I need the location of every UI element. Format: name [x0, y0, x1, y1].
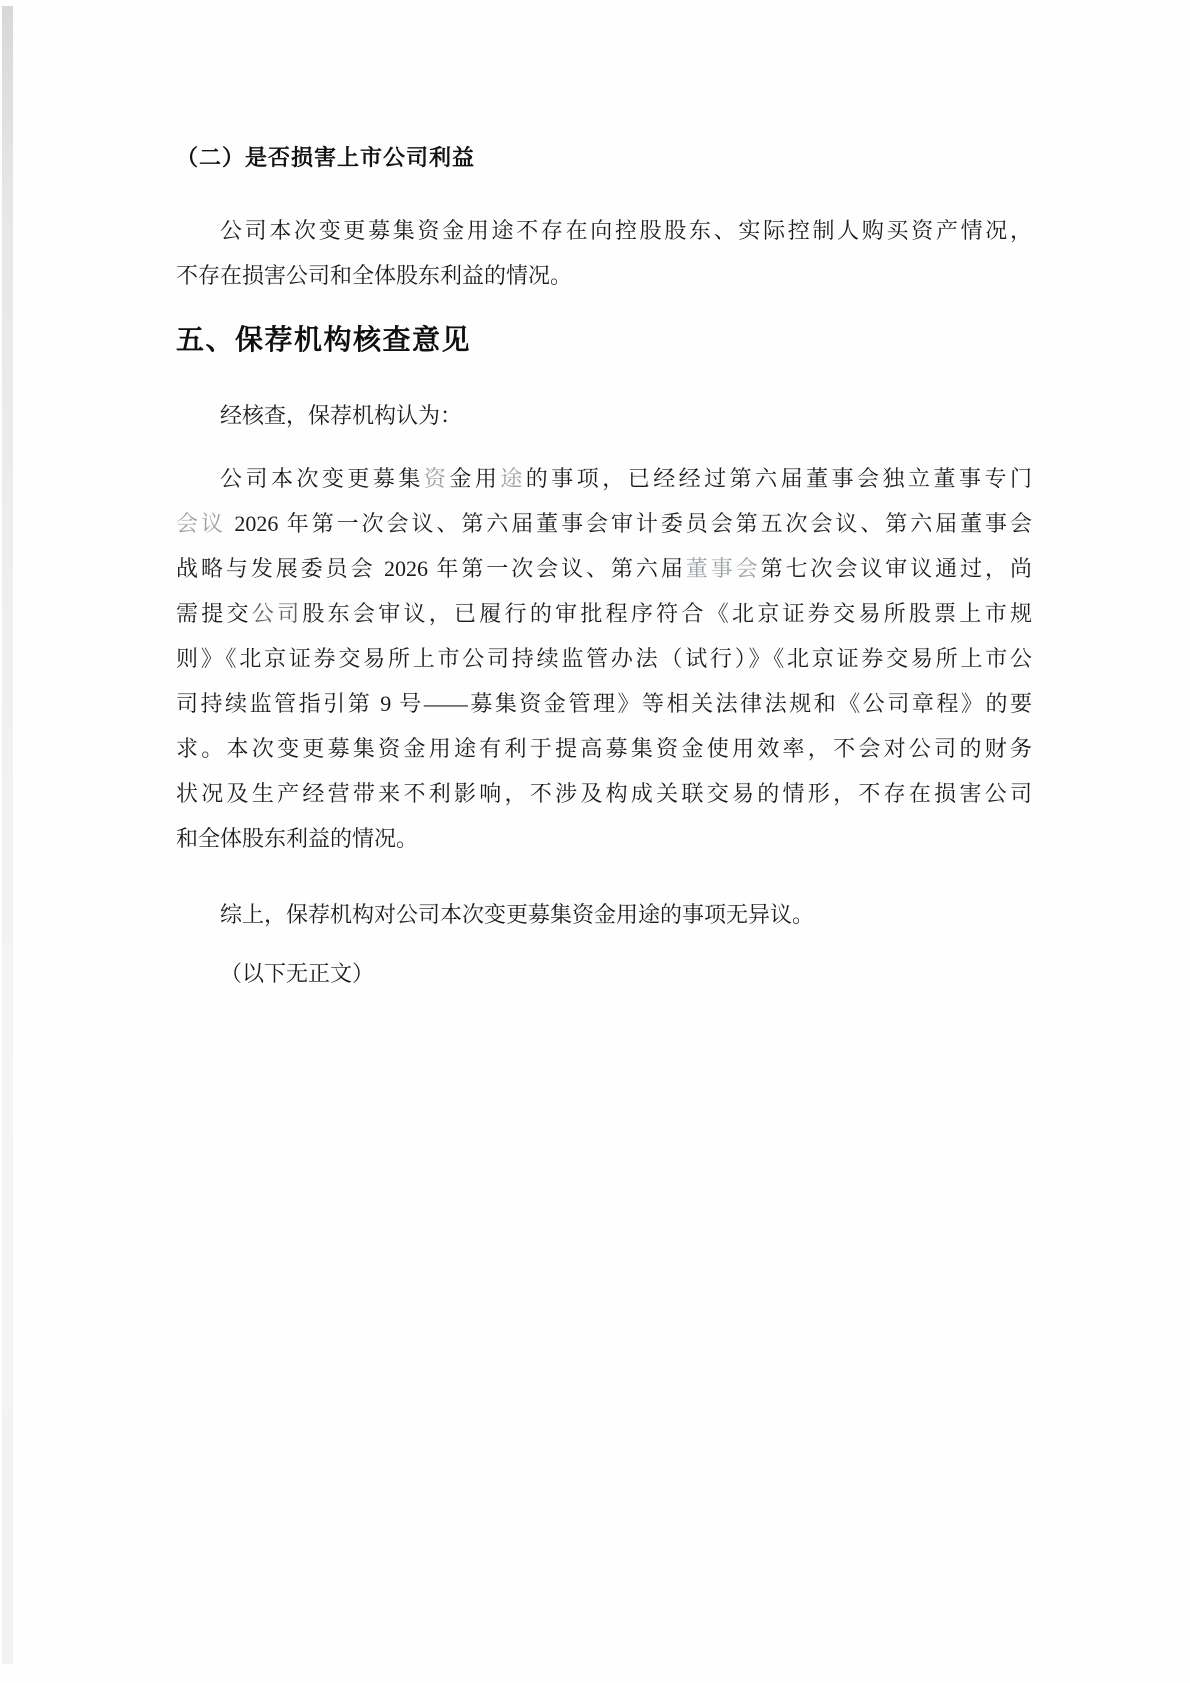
- paragraph-opinion-line: 和全体股东利益的情况。: [176, 816, 1032, 861]
- section-heading-sponsor-opinion: 五、保荐机构核查意见: [176, 320, 1032, 360]
- paragraph-opinion-line: 求。本次变更募集资金用途有利于提高募集资金使用效率，不会对公司的财务: [176, 726, 1032, 771]
- paragraph-damage-line: 公司本次变更募集资金用途不存在向控股股东、实际控制人购买资产情况，: [176, 208, 1032, 253]
- paragraph-opinion-line: 需提交公司股东会审议，已履行的审批程序符合《北京证券交易所股票上市规: [176, 591, 1032, 636]
- text-segment: 会议: [176, 511, 226, 536]
- paragraph-opinion-line: 公司本次变更募集资金用途的事项，已经经过第六届董事会独立董事专门: [176, 456, 1032, 501]
- text-segment: 金用: [449, 466, 500, 491]
- text-segment: 求。本次变更募集资金用途有利于提高募集资金使用效率，不会对公司的财务: [176, 736, 1032, 761]
- text-segment: 资: [424, 466, 449, 491]
- paragraph-intro: 经核查，保荐机构认为：: [176, 393, 1032, 438]
- text-segment: 的事项，已经经过第六届董事会独立董事专门: [526, 466, 1032, 491]
- text-segment: 公司本次变更募集: [220, 466, 424, 491]
- text-segment: 2026 年第一次会议、第六届董事会审计委员会第五次会议、第六届董事会: [226, 511, 1032, 536]
- text-segment: 股东会审议，已履行的审批程序符合《北京证券交易所股票上市规: [302, 601, 1032, 626]
- paragraph-damage: 公司本次变更募集资金用途不存在向控股股东、实际控制人购买资产情况， 不存在损害公…: [176, 208, 1032, 298]
- text-segment: 战略与发展委员会 2026 年第一次会议、第六届: [176, 556, 686, 581]
- text-segment: 途: [500, 466, 525, 491]
- text-segment: 和全体股东利益的情况。: [176, 826, 418, 851]
- subsection-heading-damage: （二）是否损害上市公司利益: [176, 141, 1032, 175]
- text-segment: 董事会: [686, 556, 761, 581]
- text-segment: 司持续监管指引第 9 号——募集资金管理》等相关法律法规和《公司章程》的要: [176, 691, 1032, 716]
- paragraph-opinion-line: 会议 2026 年第一次会议、第六届董事会审计委员会第五次会议、第六届董事会: [176, 501, 1032, 546]
- text-segment: 则》《北京证券交易所上市公司持续监管办法（试行）》《北京证券交易所上市公: [176, 646, 1032, 671]
- text-segment: 公司: [252, 601, 303, 626]
- paragraph-opinion-line: 司持续监管指引第 9 号——募集资金管理》等相关法律法规和《公司章程》的要: [176, 681, 1032, 726]
- text-segment: 需提交: [176, 601, 252, 626]
- paragraph-closing: （以下无正文）: [176, 951, 1032, 996]
- text-segment: 状况及生产经营带来不利影响，不涉及构成关联交易的情形，不存在损害公司: [176, 781, 1032, 806]
- paragraph-damage-line: 不存在损害公司和全体股东利益的情况。: [176, 253, 1032, 298]
- scan-shadow-artifact: [2, 6, 13, 1664]
- text-segment: 第七次会议审议通过，尚: [761, 556, 1032, 581]
- paragraph-intro-line: 经核查，保荐机构认为：: [176, 393, 1032, 438]
- paragraph-summary-line: 综上，保荐机构对公司本次变更募集资金用途的事项无异议。: [176, 892, 1032, 937]
- document-page: （二）是否损害上市公司利益 公司本次变更募集资金用途不存在向控股股东、实际控制人…: [0, 0, 1190, 1683]
- paragraph-opinion-line: 战略与发展委员会 2026 年第一次会议、第六届董事会第七次会议审议通过，尚: [176, 546, 1032, 591]
- paragraph-summary: 综上，保荐机构对公司本次变更募集资金用途的事项无异议。: [176, 892, 1032, 937]
- paragraph-opinion: 公司本次变更募集资金用途的事项，已经经过第六届董事会独立董事专门 会议 2026…: [176, 456, 1032, 861]
- paragraph-opinion-line: 状况及生产经营带来不利影响，不涉及构成关联交易的情形，不存在损害公司: [176, 771, 1032, 816]
- paragraph-closing-line: （以下无正文）: [176, 951, 1032, 996]
- paragraph-opinion-line: 则》《北京证券交易所上市公司持续监管办法（试行）》《北京证券交易所上市公: [176, 636, 1032, 681]
